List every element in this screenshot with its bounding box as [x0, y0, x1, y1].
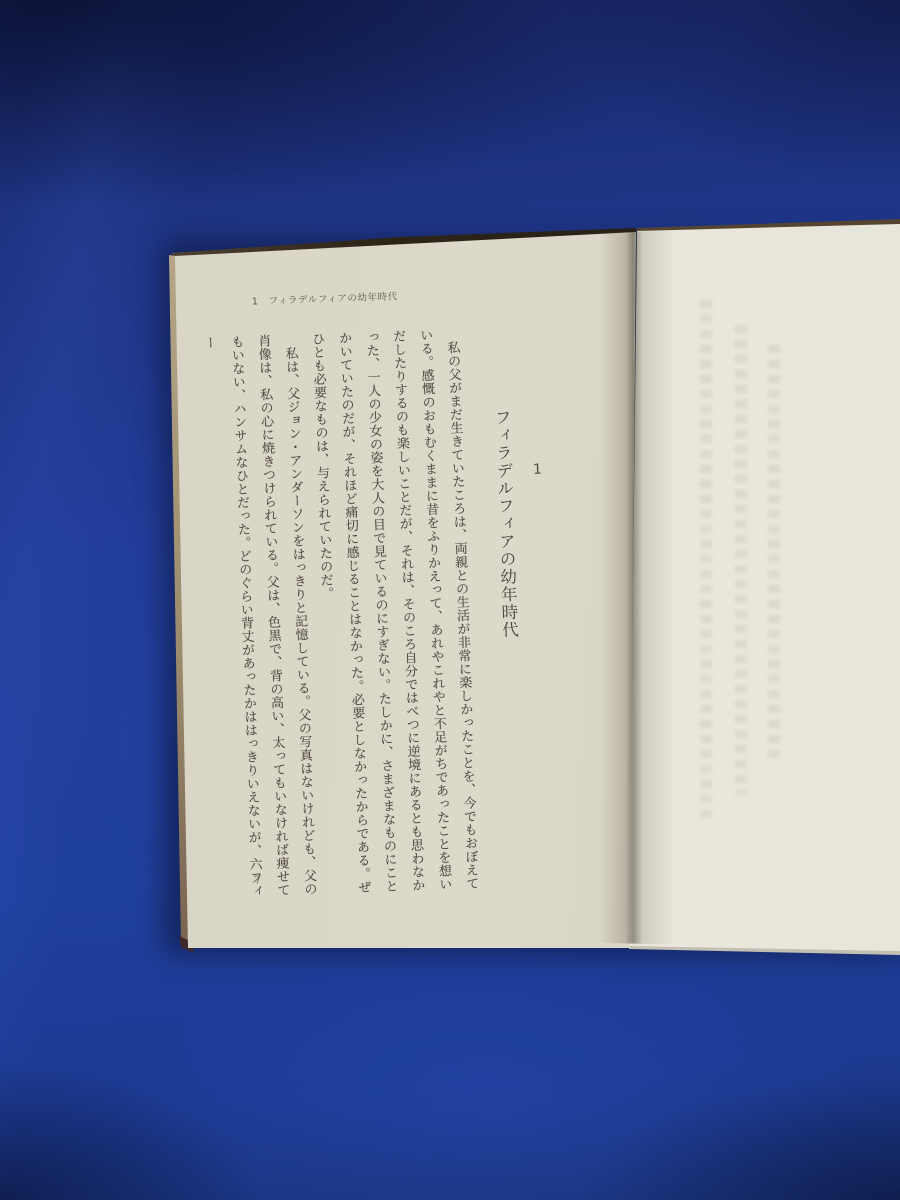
bleed-through-text [735, 325, 747, 795]
chapter-title: フィラデルフィアの幼年時代 [489, 408, 522, 659]
bleed-through-text [768, 345, 780, 765]
page-number: 7 [254, 874, 261, 887]
left-page-content: 1 フィラデルフィアの幼年時代 1 フィラデルフィアの幼年時代 私の父がまだ生き… [180, 231, 685, 967]
book-photo: 1 フィラデルフィアの幼年時代 1 フィラデルフィアの幼年時代 私の父がまだ生き… [0, 0, 900, 1200]
open-book: 1 フィラデルフィアの幼年時代 1 フィラデルフィアの幼年時代 私の父がまだ生き… [0, 0, 900, 1200]
chapter-number: 1 [533, 462, 542, 478]
running-head: 1 フィラデルフィアの幼年時代 [252, 288, 398, 307]
bleed-through-text [700, 300, 712, 820]
